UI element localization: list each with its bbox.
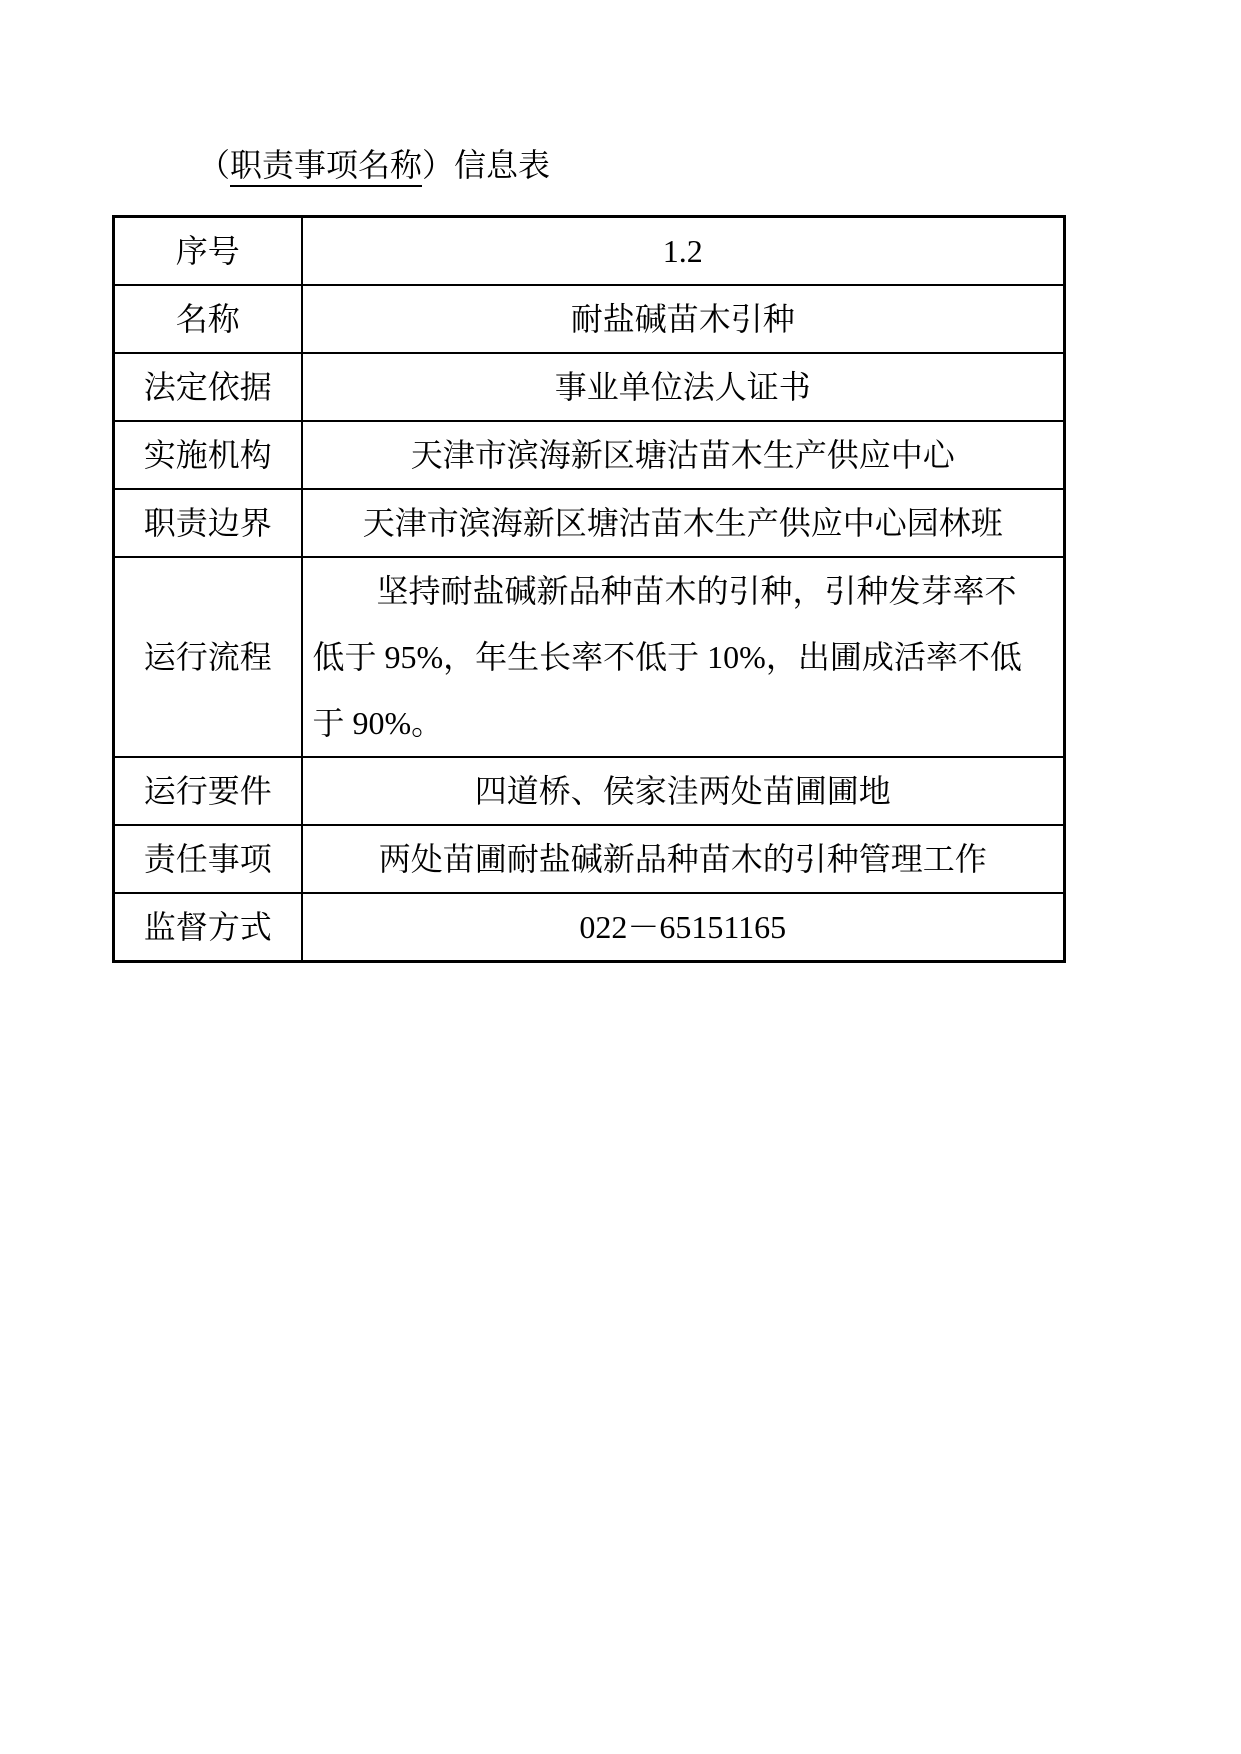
flow-line: 于 90%。 <box>313 690 1054 756</box>
row-value: 四道桥、侯家洼两处苗圃圃地 <box>302 757 1065 825</box>
row-value: 天津市滨海新区塘沽苗木生产供应中心园林班 <box>302 489 1065 557</box>
table-row: 责任事项两处苗圃耐盐碱新品种苗木的引种管理工作 <box>114 825 1065 893</box>
table-row: 监督方式022－65151165 <box>114 893 1065 962</box>
row-value: 022－65151165 <box>302 893 1065 962</box>
table-row: 职责边界天津市滨海新区塘沽苗木生产供应中心园林班 <box>114 489 1065 557</box>
title-rest: 信息表 <box>454 147 550 183</box>
row-label: 法定依据 <box>114 353 302 421</box>
table-row: 序号1.2 <box>114 217 1065 286</box>
info-table-body: 序号1.2名称耐盐碱苗木引种法定依据事业单位法人证书实施机构天津市滨海新区塘沽苗… <box>114 217 1065 962</box>
table-row: 运行流程坚持耐盐碱新品种苗木的引种，引种发芽率不低于 95%，年生长率不低于 1… <box>114 557 1065 757</box>
row-label: 职责边界 <box>114 489 302 557</box>
row-value: 事业单位法人证书 <box>302 353 1065 421</box>
flow-line: 坚持耐盐碱新品种苗木的引种，引种发芽率不 <box>313 558 1054 624</box>
table-row: 法定依据事业单位法人证书 <box>114 353 1065 421</box>
title-underlined-text: 职责事项名称 <box>230 147 422 187</box>
row-label: 责任事项 <box>114 825 302 893</box>
table-row: 名称耐盐碱苗木引种 <box>114 285 1065 353</box>
row-value: 1.2 <box>302 217 1065 286</box>
row-label: 序号 <box>114 217 302 286</box>
row-value: 天津市滨海新区塘沽苗木生产供应中心 <box>302 421 1065 489</box>
row-value: 两处苗圃耐盐碱新品种苗木的引种管理工作 <box>302 825 1065 893</box>
title-close-paren: ） <box>422 147 454 183</box>
row-value: 坚持耐盐碱新品种苗木的引种，引种发芽率不低于 95%，年生长率不低于 10%，出… <box>302 557 1065 757</box>
row-label: 运行要件 <box>114 757 302 825</box>
row-label: 名称 <box>114 285 302 353</box>
table-row: 运行要件四道桥、侯家洼两处苗圃圃地 <box>114 757 1065 825</box>
flow-line: 低于 95%，年生长率不低于 10%，出圃成活率不低 <box>313 624 1054 690</box>
page-title: （职责事项名称）信息表 <box>198 143 550 187</box>
row-label: 监督方式 <box>114 893 302 962</box>
title-open-paren: （ <box>198 147 230 183</box>
row-label: 实施机构 <box>114 421 302 489</box>
row-value: 耐盐碱苗木引种 <box>302 285 1065 353</box>
row-label: 运行流程 <box>114 557 302 757</box>
table-row: 实施机构天津市滨海新区塘沽苗木生产供应中心 <box>114 421 1065 489</box>
info-table: 序号1.2名称耐盐碱苗木引种法定依据事业单位法人证书实施机构天津市滨海新区塘沽苗… <box>112 215 1066 963</box>
